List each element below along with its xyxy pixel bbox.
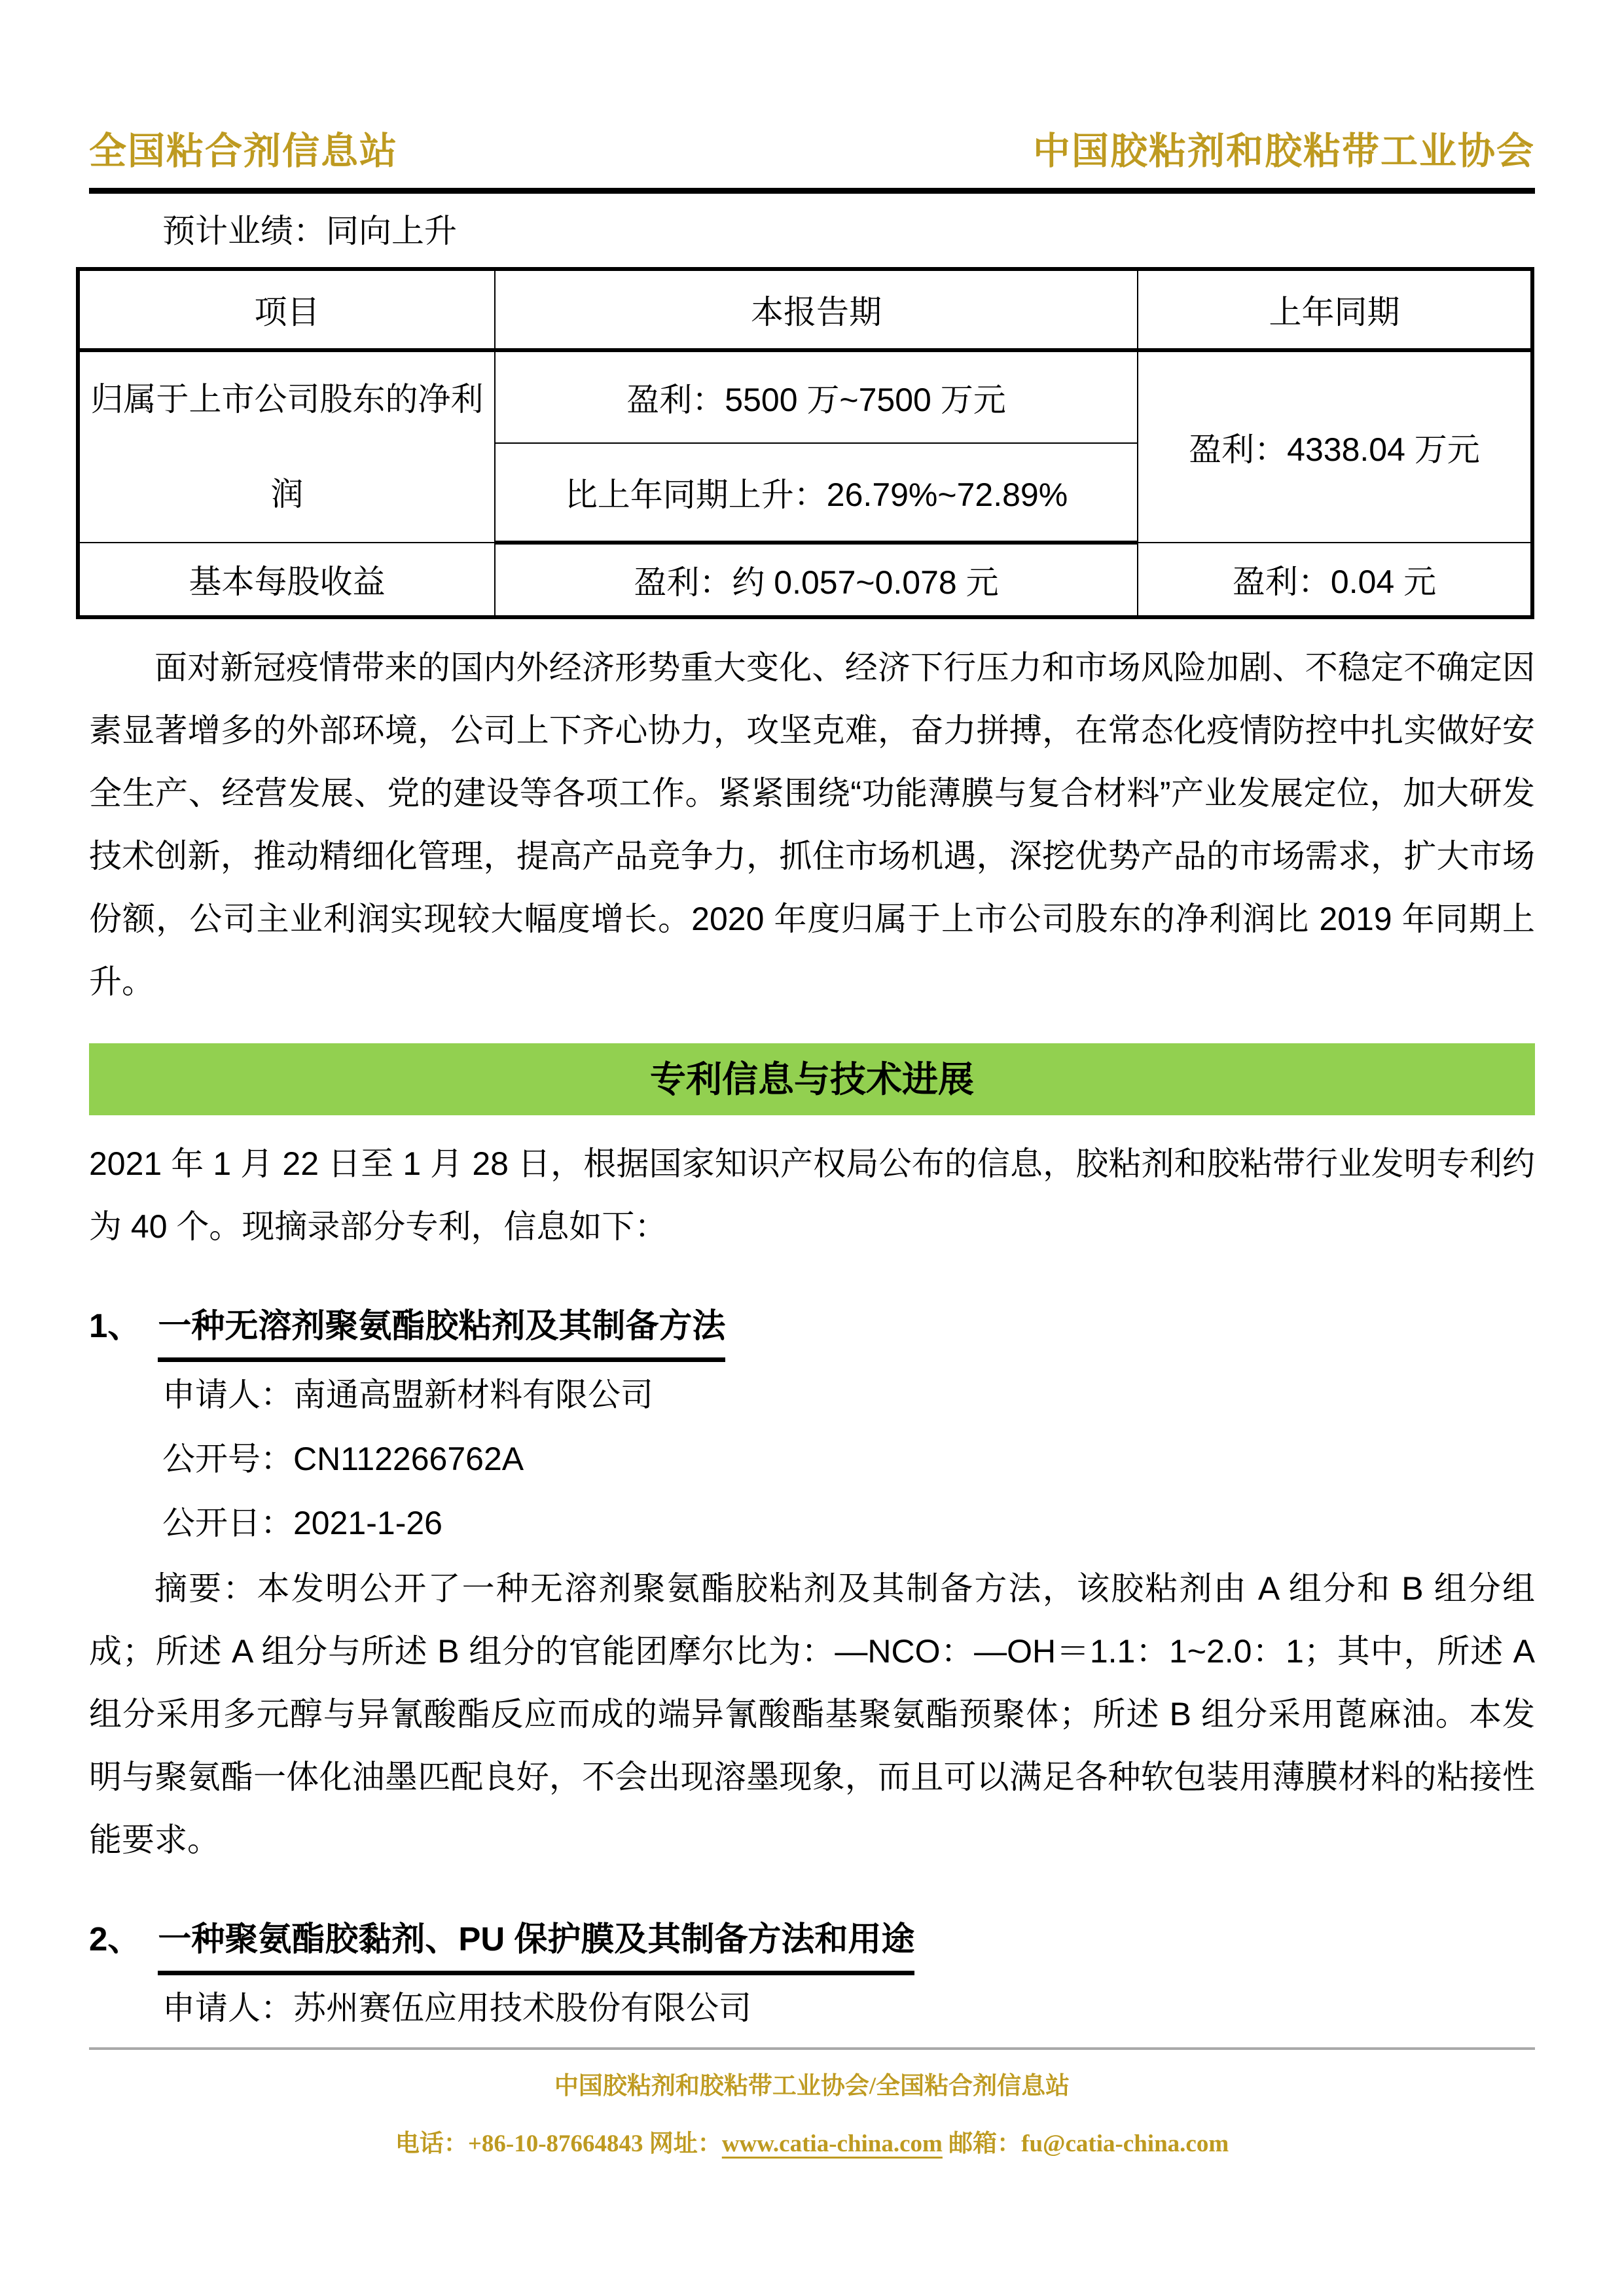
cell-net-profit-item: 归属于上市公司股东的净利润 <box>78 350 495 543</box>
footer-contact: 电话：+86-10-87664843 网址：www.catia-china.co… <box>89 2123 1535 2159</box>
patent-2-number: 2、 <box>89 1913 141 1965</box>
footer-divider <box>89 2047 1535 2050</box>
header-right-title: 中国胶粘剂和胶粘带工业协会 <box>1033 121 1535 175</box>
forecast-line: 预计业绩：同向上升 <box>89 211 1535 251</box>
col-header-prior-period: 上年同期 <box>1138 269 1532 350</box>
header-divider <box>89 188 1535 194</box>
col-header-item: 项目 <box>78 269 495 350</box>
footer-contact-suffix: 邮箱：fu@catia-china.com <box>943 2130 1229 2157</box>
col-header-current-period: 本报告期 <box>495 269 1138 350</box>
patent-2-applicant: 申请人：苏州赛伍应用技术股份有限公司 <box>89 1977 1535 2039</box>
cell-net-profit-change: 比上年同期上升：26.79%~72.89% <box>495 443 1138 543</box>
performance-table: 项目 本报告期 上年同期 归属于上市公司股东的净利润 盈利：5500 万~750… <box>76 267 1534 619</box>
section-banner-title: 专利信息与技术进展 <box>650 1059 974 1100</box>
patent-2-title: 一种聚氨酯胶黏剂、PU 保护膜及其制备方法和用途 <box>158 1913 914 1975</box>
patent-1-title: 一种无溶剂聚氨酯胶粘剂及其制备方法 <box>158 1300 725 1362</box>
patent-1-number: 1、 <box>89 1300 141 1352</box>
summary-paragraph: 面对新冠疫情带来的国内外经济形势重大变化、经济下行压力和市场风险加剧、不稳定不确… <box>89 636 1535 1013</box>
page-header: 全国粘合剂信息站 中国胶粘剂和胶粘带工业协会 <box>89 121 1535 175</box>
table-row-eps: 基本每股收益 盈利：约 0.057~0.078 元 盈利：0.04 元 <box>78 543 1532 617</box>
patent-1-abstract: 摘要：本发明公开了一种无溶剂聚氨酯胶粘剂及其制备方法，该胶粘剂由 A 组分和 B… <box>89 1557 1535 1871</box>
header-left-title: 全国粘合剂信息站 <box>89 121 398 175</box>
section-banner: 专利信息与技术进展 <box>89 1043 1535 1115</box>
patent-1-heading: 1、一种无溶剂聚氨酯胶粘剂及其制备方法 <box>89 1300 1535 1362</box>
page-footer: 中国胶粘剂和胶粘带工业协会/全国粘合剂信息站 电话：+86-10-8766484… <box>89 2047 1535 2159</box>
footer-website-link[interactable]: www.catia-china.com <box>722 2130 943 2157</box>
cell-net-profit-prior: 盈利：4338.04 万元 <box>1138 350 1532 543</box>
footer-contact-prefix: 电话：+86-10-87664843 网址： <box>395 2130 722 2157</box>
cell-net-profit-current: 盈利：5500 万~7500 万元 <box>495 350 1138 443</box>
footer-organization: 中国胶粘剂和胶粘带工业协会/全国粘合剂信息站 <box>89 2066 1535 2101</box>
cell-eps-item: 基本每股收益 <box>78 543 495 617</box>
patent-1-applicant: 申请人：南通高盟新材料有限公司 <box>89 1363 1535 1426</box>
cell-eps-current: 盈利：约 0.057~0.078 元 <box>495 543 1138 617</box>
table-header-row: 项目 本报告期 上年同期 <box>78 269 1532 350</box>
patent-1-publication-date: 公开日：2021-1-26 <box>89 1492 1535 1554</box>
patent-intro-paragraph: 2021 年 1 月 22 日至 1 月 28 日，根据国家知识产权局公布的信息… <box>89 1132 1535 1258</box>
table-row-net-profit: 归属于上市公司股东的净利润 盈利：5500 万~7500 万元 盈利：4338.… <box>78 350 1532 443</box>
newsletter-page: 全国粘合剂信息站 中国胶粘剂和胶粘带工业协会 预计业绩：同向上升 项目 本报告期… <box>0 0 1624 2296</box>
cell-eps-prior: 盈利：0.04 元 <box>1138 543 1532 617</box>
patent-1-publication-number: 公开号：CN112266762A <box>89 1427 1535 1490</box>
patent-2-heading: 2、一种聚氨酯胶黏剂、PU 保护膜及其制备方法和用途 <box>89 1913 1535 1975</box>
